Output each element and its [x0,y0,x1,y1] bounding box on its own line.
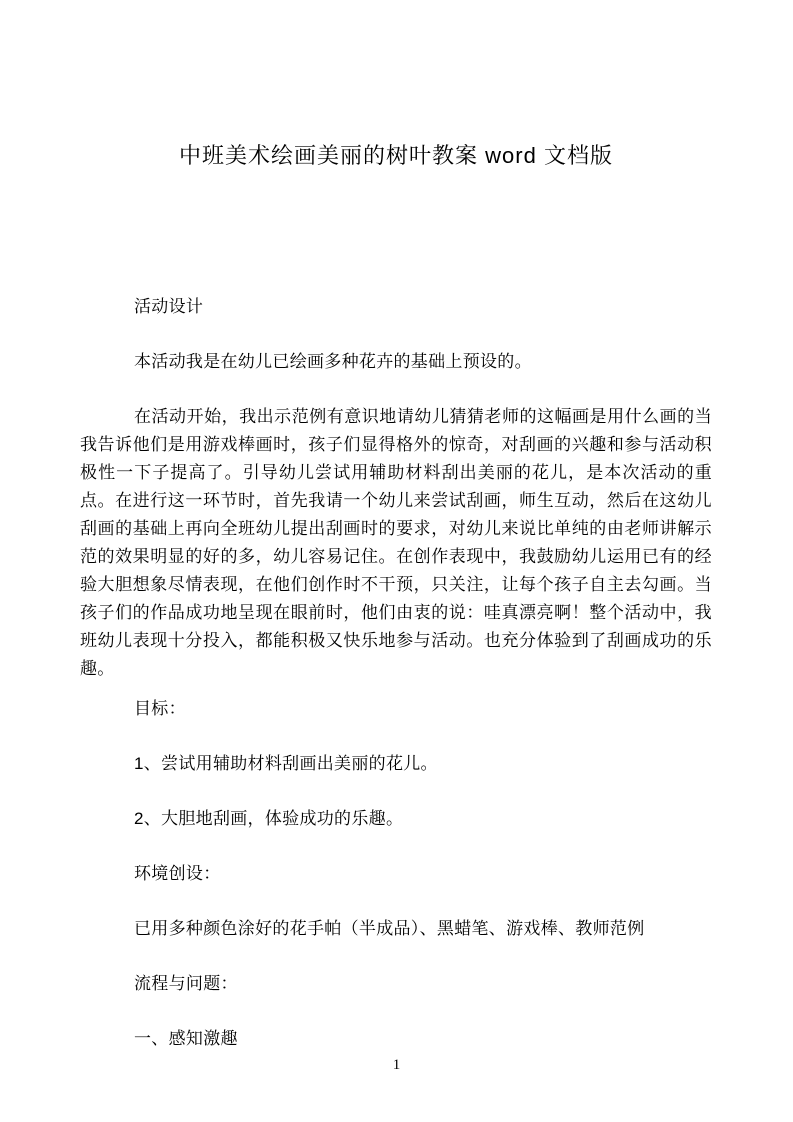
document-title: 中班美术绘画美丽的树叶教案 word 文档版 [80,143,712,169]
paragraph-section-heading: 一、感知激趣 [80,1025,712,1053]
paragraph-section-heading: 流程与问题： [80,970,712,998]
paragraph-section-heading: 目标： [80,695,712,723]
page-footer: 1 [0,1056,793,1074]
document-page: 中班美术绘画美丽的树叶教案 word 文档版 活动设计 本活动我是在幼儿已绘画多… [0,0,793,1122]
paragraph-section-heading: 活动设计 [80,293,712,321]
paragraph-list-item: 1、尝试用辅助材料刮画出美丽的花儿。 [80,750,712,778]
paragraph-section-heading: 环境创设： [80,860,712,888]
paragraph: 已用多种颜色涂好的花手帕（半成品）、黑蜡笔、游戏棒、教师范例 [80,915,712,943]
paragraph: 在活动开始，我出示范例有意识地请幼儿猜猜老师的这幅画是用什么画的当我告诉他们是用… [80,403,712,683]
page-number: 1 [393,1057,401,1073]
document-body: 中班美术绘画美丽的树叶教案 word 文档版 活动设计 本活动我是在幼儿已绘画多… [80,143,712,1080]
paragraph-list-item: 2、大胆地刮画，体验成功的乐趣。 [80,805,712,833]
paragraph: 本活动我是在幼儿已绘画多种花卉的基础上预设的。 [80,348,712,376]
